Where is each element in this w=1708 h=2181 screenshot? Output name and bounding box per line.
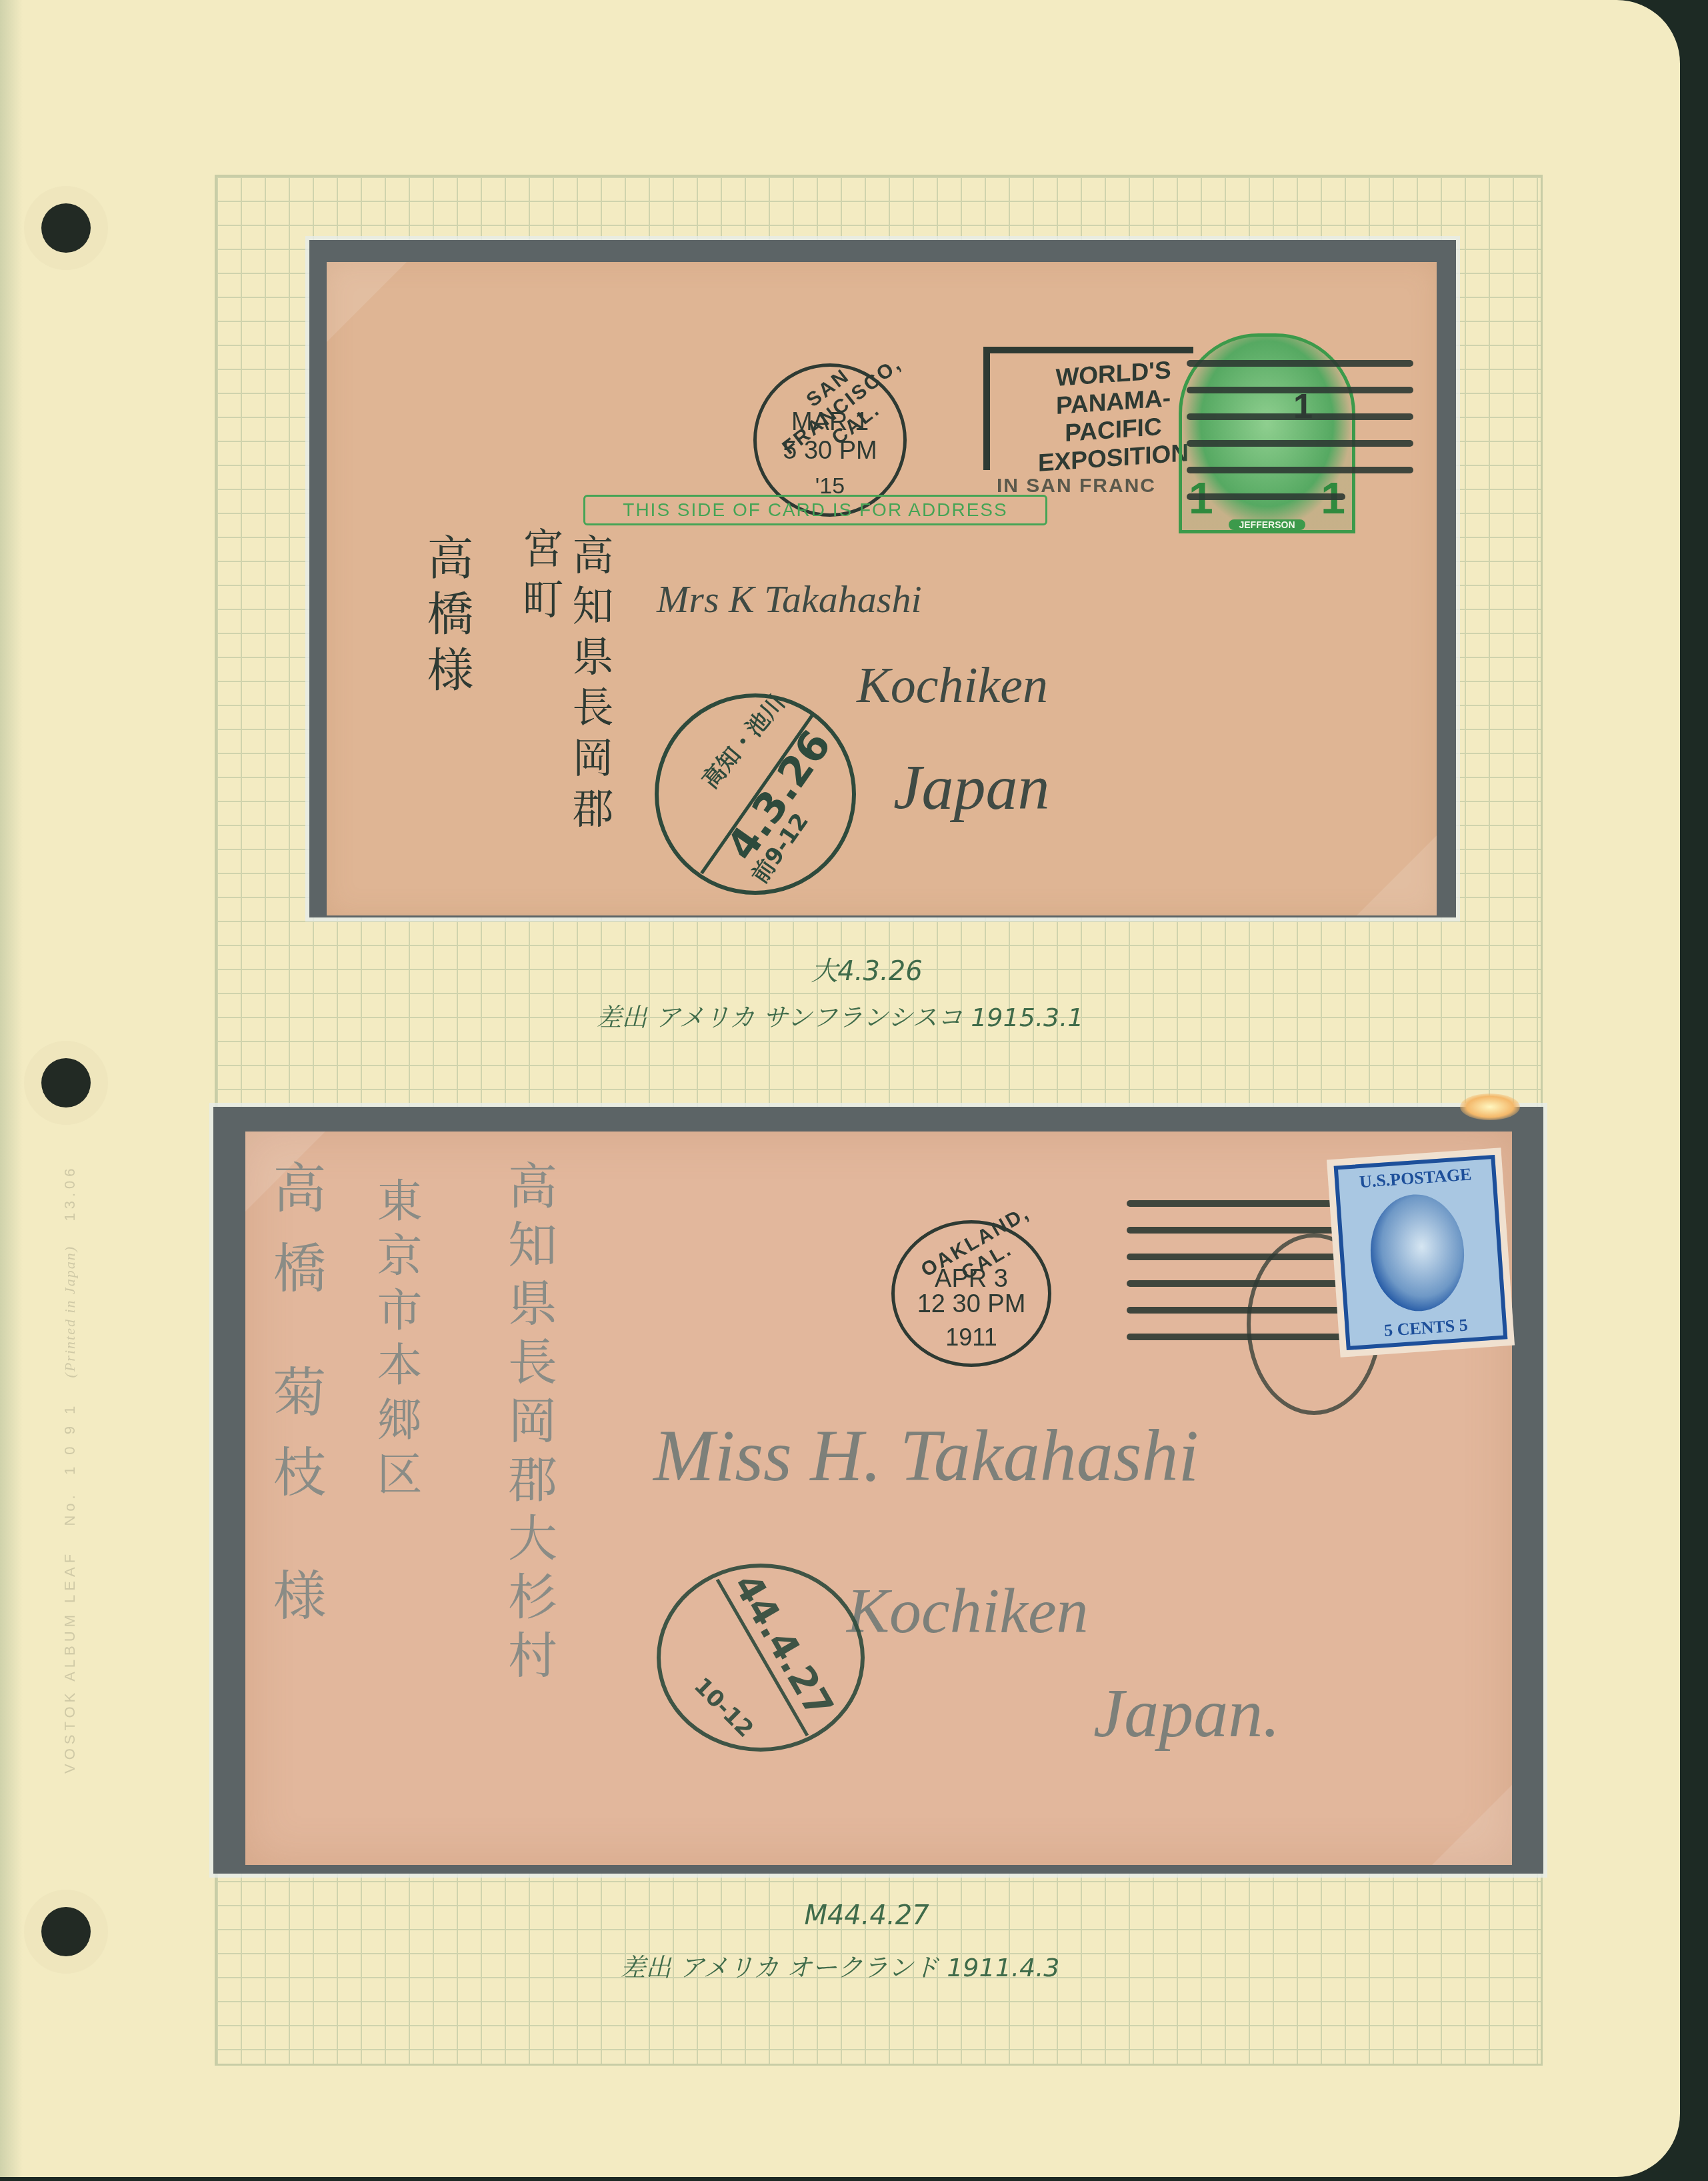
binder-hole-middle [41,1058,91,1108]
stamp-portrait-name: JEFFERSON [1229,519,1305,530]
caption-origin: 差出 アメリカ オークランド 1911.4.3 [0,1947,1680,1984]
postmark-date: MAR 1 [757,408,903,437]
jp-address-column: 高知県長岡郡大杉村 [493,1160,564,1688]
postmark-japan-arrival: 高知・池川 4.3.26 前9-12 [655,693,856,895]
slogan-cancel-box: WORLD'S PANAMA- PACIFIC EXPOSITION IN SA… [983,347,1193,470]
postmark-time: 10-12 [689,1672,759,1742]
photo-corner [1357,835,1437,915]
imprint-origin: (Printed in Japan) [61,1246,78,1378]
postmark-japan-arrival: 44.4.27 10-12 [657,1564,865,1752]
binder-hole-top [41,203,91,253]
photo-corner [1432,1785,1512,1865]
slogan-text: WORLD'S PANAMA- PACIFIC EXPOSITION [1027,354,1200,478]
photo-corner [327,262,407,342]
stamp-bottom-text: 5 CENTS 5 [1349,1313,1503,1344]
postmark-oakland: OAKLAND, CAL. APR 3 12 30 PM 1911 [891,1220,1051,1367]
postmark-time: 5 30 PM [757,437,903,465]
stamp-portrait [1367,1192,1468,1314]
imprint-brand: VOSTOK ALBUM LEAF [61,1550,78,1774]
sleeve-glare [1460,1094,1520,1120]
jp-addressee-column: 高橋様 [413,533,481,701]
imprint-number-label: No. [61,1491,78,1526]
caption-arrival-date: M44.4.27 [0,1900,1707,1931]
postmark-date: APR 3 [895,1265,1048,1294]
slogan-line: IN SAN FRANC [997,475,1156,497]
jp-addressee-column: 高橋 菊枝 様 [257,1160,333,1648]
address-side-banner: THIS SIDE OF CARD IS FOR ADDRESS [583,495,1047,525]
imprint-number: 1 0 9 1 [61,1402,78,1475]
imprint-code: 13.06 [61,1164,78,1221]
caption-origin: 差出 アメリカ サンフランシスコ 1915.3.1 [0,997,1680,1033]
album-leaf: VOSTOK ALBUM LEAF No. 1 0 9 1 (Printed i… [0,0,1680,2177]
leaf-imprint: VOSTOK ALBUM LEAF No. 1 0 9 1 (Printed i… [61,1164,79,1774]
caption-arrival-date: 大4.3.26 [0,950,1707,988]
postmark-year: 1911 [895,1324,1048,1352]
postmark-date: 44.4.27 [725,1566,841,1725]
jp-address-column: 宮町 [510,527,569,628]
address-line-prefecture: Kochiken [847,1574,1089,1648]
killer-number: 1 [1293,387,1313,427]
address-line-name: Mrs K Takahashi [657,577,922,621]
stamp-washington-5c: U.S.POSTAGE 5 CENTS 5 [1334,1155,1508,1350]
address-line-prefecture: Kochiken [857,657,1048,715]
address-line-country: Japan [893,750,1050,824]
address-line-country: Japan. [1093,1674,1280,1753]
stamp-top-text: U.S.POSTAGE [1338,1163,1493,1194]
postmark-san-francisco: SAN FRANCISCO, CAL. MAR 1 5 30 PM '15 [753,363,907,517]
postmark-time: 12 30 PM [895,1290,1048,1319]
leaf-edge-shadow [0,0,23,2177]
killer-bars [1187,360,1413,520]
jp-address-column: 東京市本郷区 [363,1177,428,1505]
address-line-name: Miss H. Takahashi [653,1414,1199,1498]
